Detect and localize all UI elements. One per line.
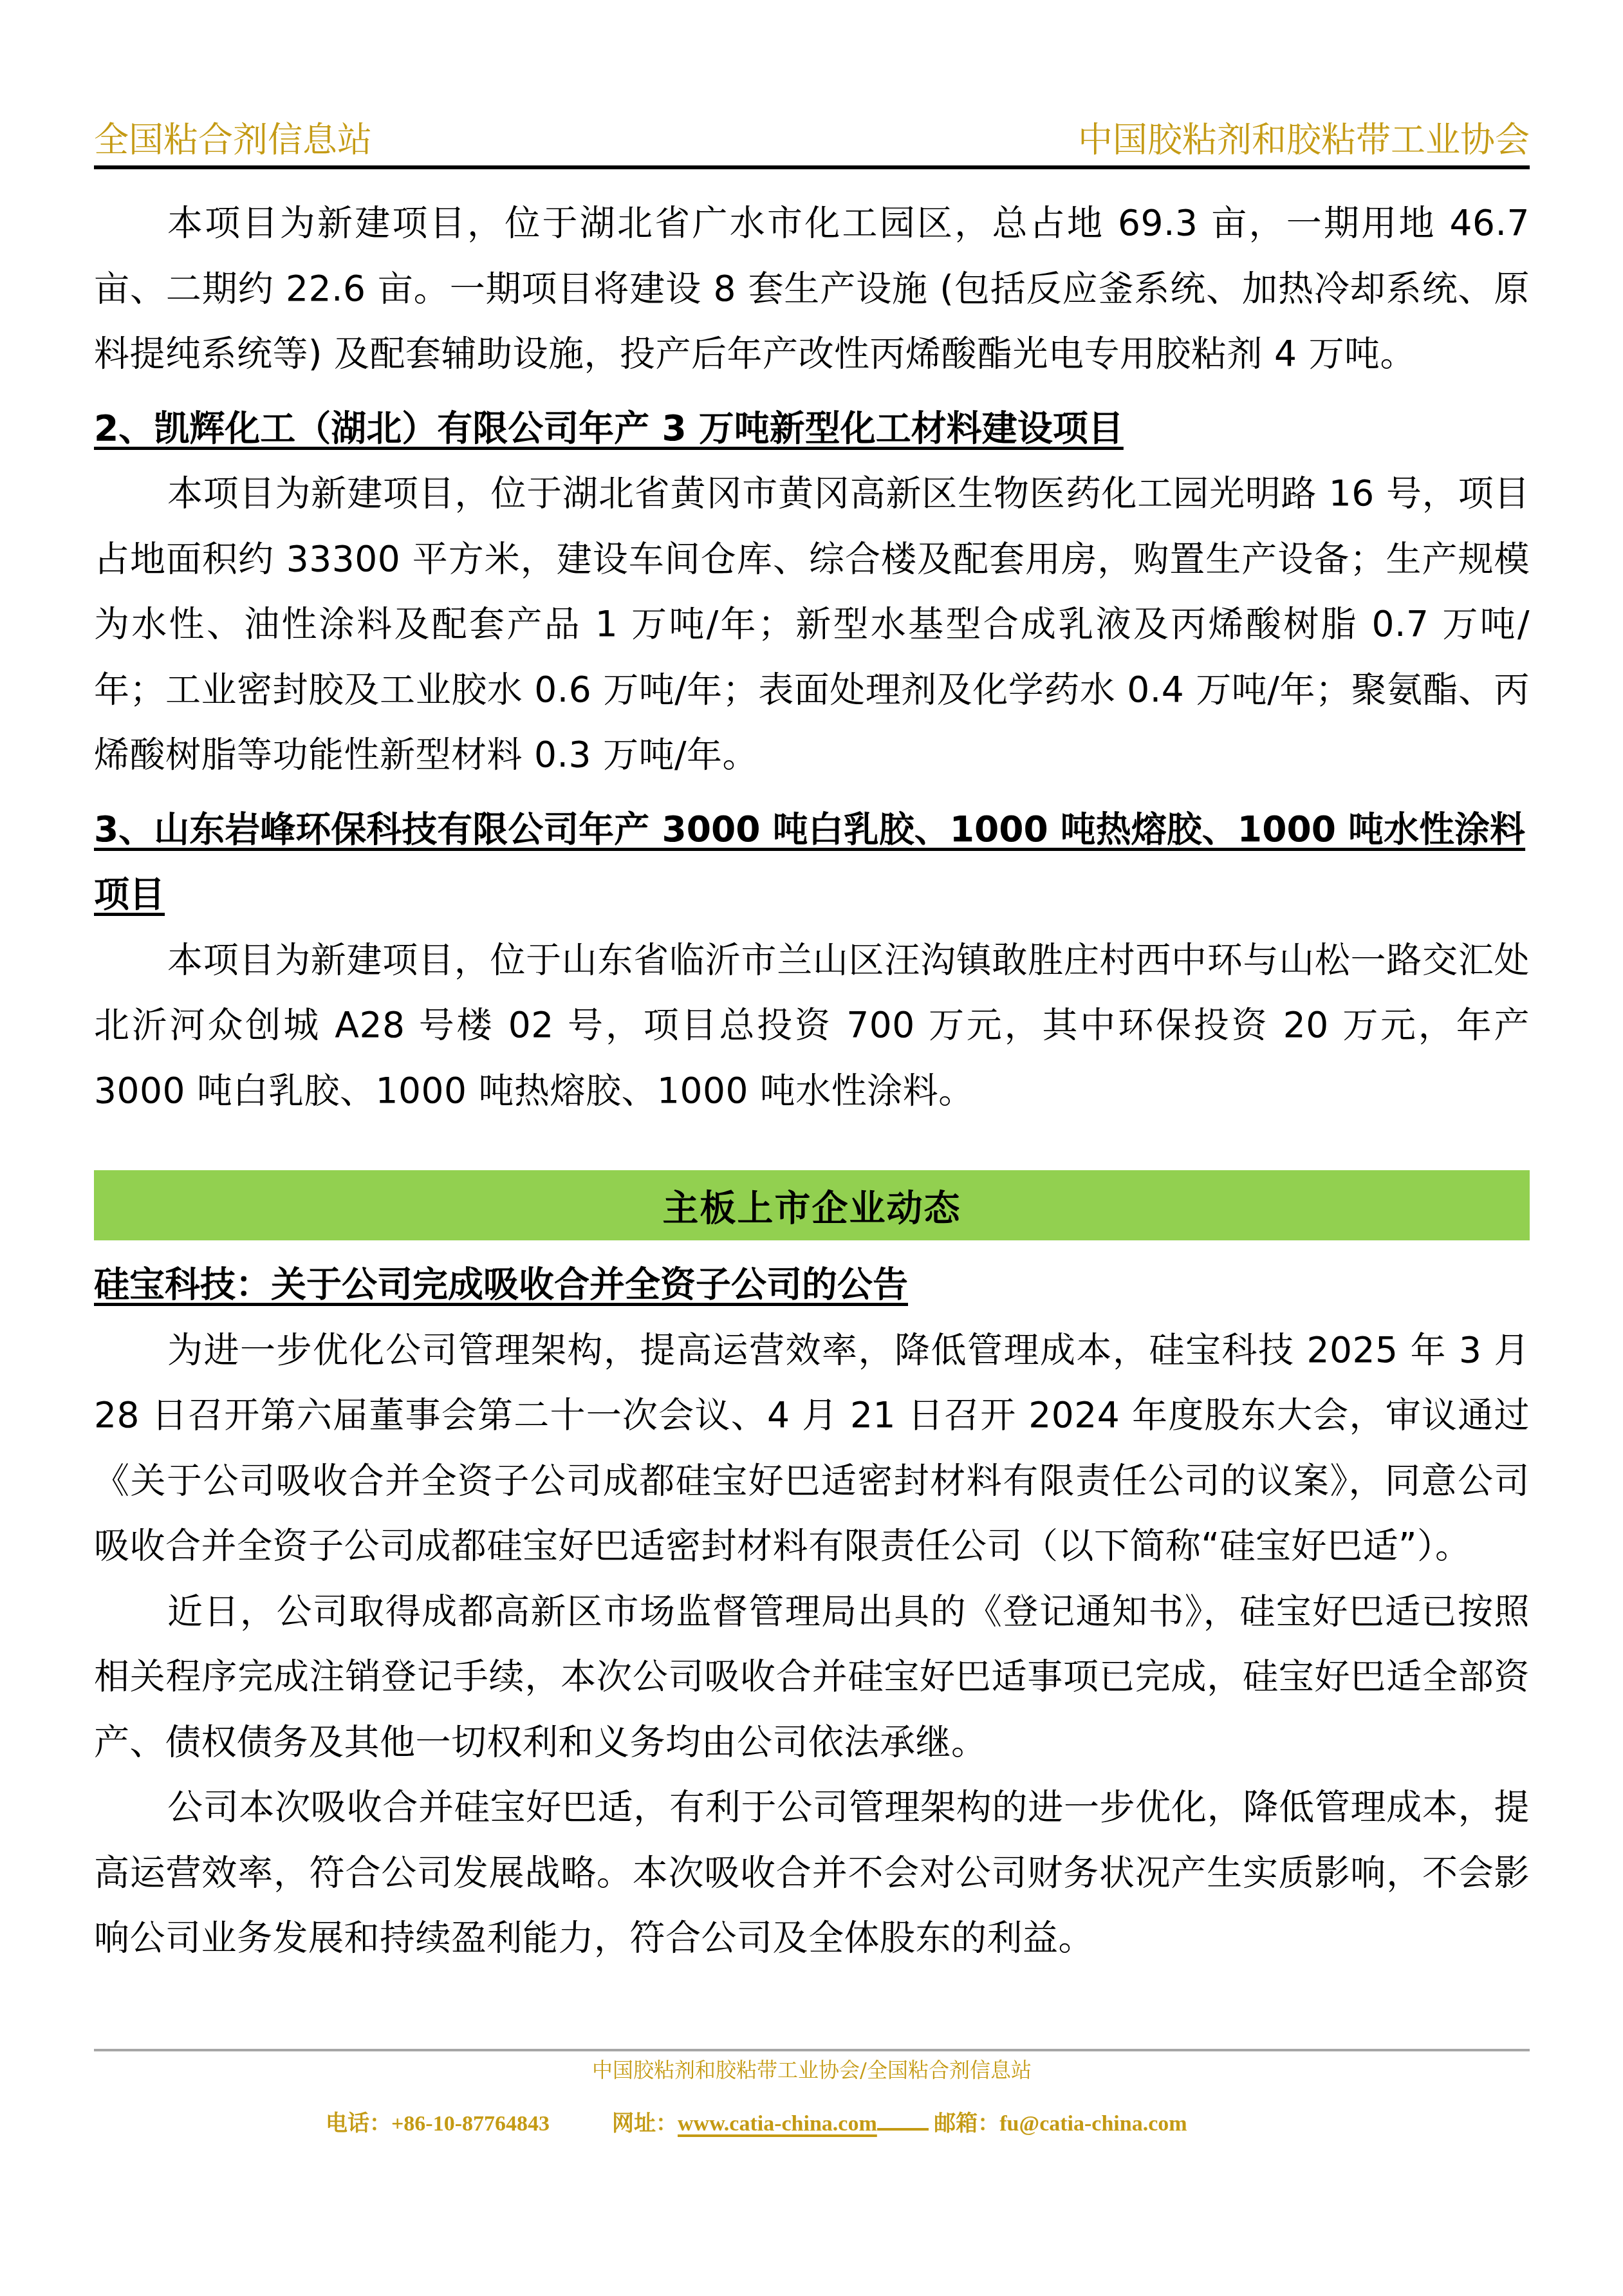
projects-section: 本项目为新建项目，位于湖北省广水市化工园区，总占地 69.3 亩，一期用地 46… [94,191,1530,1123]
project-2-heading: 2、凯辉化工（湖北）有限公司年产 3 万吨新型化工材料建设项目 [94,396,1530,462]
header-association-name: 中国胶粘剂和胶粘带工业协会 [1078,120,1530,161]
email-address[interactable]: fu@catia-china.com [999,2112,1187,2136]
project-3-heading-text: 3、山东岩峰环保科技有限公司年产 3000 吨白乳胶、1000 吨热熔胶、100… [94,808,1525,915]
footer-contact-line: 电话：+86-10-87764843 网址：www.catia-china.co… [326,2109,1187,2138]
footer-divider [94,2049,1530,2051]
section-banner: 主板上市企业动态 [94,1170,1530,1240]
project-1-body: 本项目为新建项目，位于湖北省广水市化工园区，总占地 69.3 亩，一期用地 46… [94,191,1530,387]
article-section: 硅宝科技：关于公司完成吸收合并全资子公司的公告 为进一步优化公司管理架构，提高运… [94,1252,1530,1971]
email-label: 邮箱： [934,2112,999,2136]
project-2-body: 本项目为新建项目，位于湖北省黄冈市黄冈高新区生物医药化工园光明路 16 号，项目… [94,461,1530,788]
project-3-body: 本项目为新建项目，位于山东省临沂市兰山区汪沟镇敢胜庄村西中环与山松一路交汇处北沂… [94,928,1530,1124]
phone-label: 电话： [326,2112,391,2136]
article-paragraph: 公司本次吸收合并硅宝好巴适，有利于公司管理架构的进一步优化，降低管理成本，提高运… [94,1775,1530,1971]
page-header: 全国粘合剂信息站 中国胶粘剂和胶粘带工业协会 [94,116,1530,167]
article-heading: 硅宝科技：关于公司完成吸收合并全资子公司的公告 [94,1252,1530,1318]
article-heading-text: 硅宝科技：关于公司完成吸收合并全资子公司的公告 [94,1264,908,1305]
phone-number: +86-10-87764843 [391,2112,550,2136]
website-label: 网址： [612,2112,678,2136]
project-3-heading: 3、山东岩峰环保科技有限公司年产 3000 吨白乳胶、1000 吨热熔胶、100… [94,797,1530,928]
project-2-heading-text: 2、凯辉化工（湖北）有限公司年产 3 万吨新型化工材料建设项目 [94,407,1124,449]
website-link[interactable]: www.catia-china.com [678,2112,877,2136]
article-paragraph: 为进一步优化公司管理架构，提高运营效率，降低管理成本，硅宝科技 2025 年 3… [94,1318,1530,1579]
footer-organization: 中国胶粘剂和胶粘带工业协会/全国粘合剂信息站 [94,2057,1530,2083]
header-site-name: 全国粘合剂信息站 [94,120,372,161]
article-paragraph: 近日，公司取得成都高新区市场监督管理局出具的《登记通知书》，硅宝好巴适已按照相关… [94,1579,1530,1775]
header-divider [94,165,1530,169]
section-banner-title: 主板上市企业动态 [663,1180,961,1231]
